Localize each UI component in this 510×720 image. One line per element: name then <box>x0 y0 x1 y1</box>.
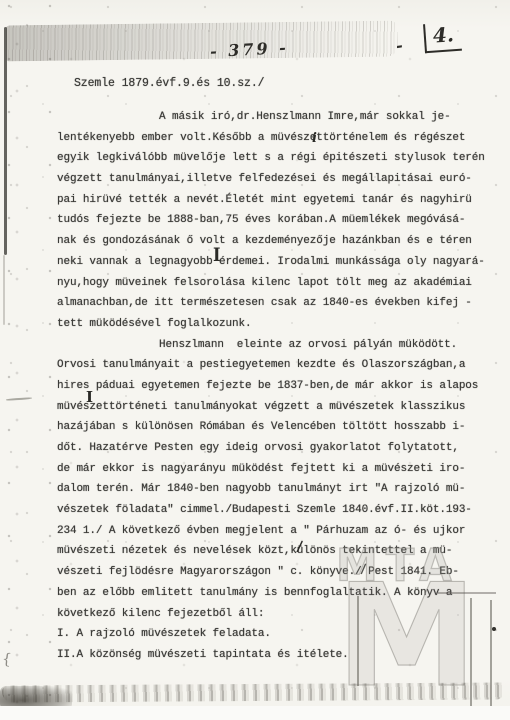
text-line: dalom terén. Már 1840-ben nagyobb tanulm… <box>57 479 505 500</box>
margin-squiggle <box>6 397 32 401</box>
text-line: tett müködésével foglalkozunk. <box>57 314 505 335</box>
text-line: Orvosi tanulmányait a pestiegyetemen kez… <box>57 355 505 376</box>
text-line: I. A rajzoló müvészetek feladata. <box>57 624 505 645</box>
text-line: müvészettörténeti tanulmányokat végzett … <box>57 397 505 418</box>
handwritten-corner-number: 4. <box>423 22 462 54</box>
margin-brace-mark: { <box>1 650 12 669</box>
text-line: következő kilenc fejezetből áll: <box>57 604 505 625</box>
journal-reference-line: Szemle 1879.évf.9.és 10.sz./ <box>74 77 264 90</box>
scanned-document-page: - 379 - - 4. Szemle 1879.évf.9.és 10.sz.… <box>0 0 510 720</box>
text-line: hires páduai egyetemen fejezte be 1837-b… <box>57 376 505 397</box>
watermark-stroke <box>438 592 496 594</box>
text-line: müvészeti nézetek és nevelések közt,külö… <box>57 541 505 562</box>
scan-edge-line <box>4 27 7 255</box>
text-line: Henszlmann eleinte az orvosi pályán mükö… <box>57 335 505 356</box>
handwritten-dash: - <box>395 36 404 56</box>
text-line: végzett tanulmányai,illetve felfedezései… <box>57 169 505 190</box>
text-line: tudós fejezte be 1888-ban,75 éves korába… <box>57 210 505 231</box>
text-line: II.A közönség müvészeti tapintata és ité… <box>57 645 505 666</box>
scan-edge-line-faint <box>3 255 5 325</box>
text-line: 234 1./ A következő évben megjelent a " … <box>57 521 505 542</box>
text-line: vészeti fejlödésre Magyarországon " c. k… <box>57 562 505 583</box>
scan-smudge-bottom <box>2 682 504 702</box>
scan-smudge-top <box>6 21 398 62</box>
text-line: vészetek föladata" cimmel./Budapesti Sze… <box>57 500 505 521</box>
text-line: de már ekkor is nagyarányu müködést fejt… <box>57 459 505 480</box>
text-line: A másik iró,dr.Henszlmann Imre,már sokka… <box>57 107 505 128</box>
document-body: A másik iró,dr.Henszlmann Imre,már sokka… <box>57 107 505 666</box>
text-line: pai hirüvé tették a nevét.Életét mint eg… <box>57 190 505 211</box>
handwritten-insertion-mark: I <box>86 388 93 406</box>
scan-noise-left-margin <box>0 0 55 720</box>
text-line: hazájában s különösen Rómában és Velencé… <box>57 417 505 438</box>
text-line: almanachban,de itt természetesen csak az… <box>57 293 505 314</box>
text-line: lentékenyebb ember volt.Később a müvésze… <box>57 128 505 149</box>
text-line: nak és gondozásának ő volt a kezdeményez… <box>57 231 505 252</box>
handwritten-insertion-mark: I <box>213 244 220 266</box>
text-line: neki vannak a legnagyobb érdemei. Irodal… <box>57 252 505 273</box>
text-line: dőt. Hazatérve Pesten egy ideig orvosi g… <box>57 438 505 459</box>
watermark-stroke <box>357 596 359 686</box>
page-bottom-edge <box>0 706 510 720</box>
text-line: nyu,hogy müveinek felsorolása kilenc lap… <box>57 273 505 294</box>
text-line: egyik legkiválóbb müvelője lett s a régi… <box>57 148 505 169</box>
handwritten-correction-i: i <box>312 131 317 146</box>
ink-dot <box>492 627 496 631</box>
